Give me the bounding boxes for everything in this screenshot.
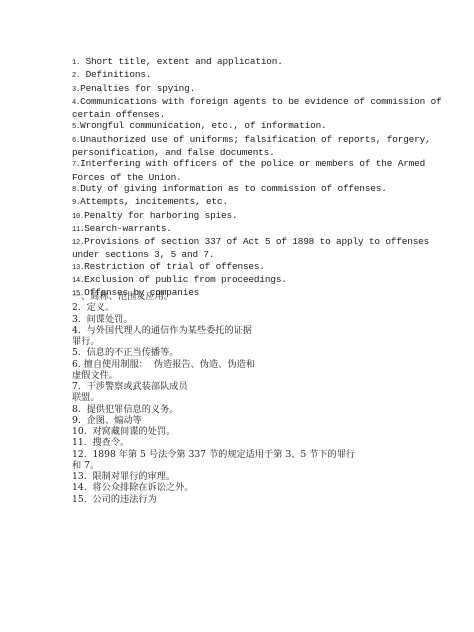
zh-line: 14. 将公众排除在诉讼之外。 [72, 482, 472, 493]
toc-item-3: 3.Penalties for spying. [72, 83, 472, 96]
zh-line: 一、简称、范围及应用。 [72, 291, 472, 302]
zh-line: 12. 1898 年第 5 号法令第 337 节的规定适用于第 3、5 节下的罪… [72, 449, 472, 460]
toc-item-6-cont: personification, and false documents. [72, 147, 472, 158]
zh-line: 和 7。 [72, 460, 472, 471]
toc-item-7-cont: Forces of the Union. [72, 172, 472, 183]
english-table-of-contents: 1. Short title, extent and application. … [72, 56, 472, 301]
zh-line: 4. 与外国代理人的通信作为某些委托的证据 [72, 325, 472, 336]
toc-item-6: 6.Unauthorized use of uniforms; falsific… [72, 134, 472, 147]
toc-item-11: 11.Search-warrants. [72, 223, 472, 236]
toc-item-12: 12.Provisions of section 337 of Act 5 of… [72, 236, 472, 249]
zh-line: 11. 搜查令。 [72, 437, 472, 448]
toc-item-4-cont: certain offenses. [72, 109, 472, 120]
zh-line: 6. 擅自使用制服： 伪造报告、伪造、伪造和 [72, 359, 472, 370]
toc-item-4: 4.Communications with foreign agents to … [72, 96, 472, 109]
zh-line: 5. 信息的不正当传播等。 [72, 347, 472, 358]
toc-item-12-cont: under sections 3, 5 and 7. [72, 249, 472, 260]
zh-line: 10. 对窝藏间谍的处罚。 [72, 426, 472, 437]
toc-item-5: 5.Wrongful communication, etc., of infor… [72, 120, 472, 133]
toc-item-2: 2. Definitions. [72, 69, 472, 82]
toc-item-13: 13.Restriction of trial of offenses. [72, 261, 472, 274]
zh-line: 3. 间谍处罚。 [72, 314, 472, 325]
toc-item-14: 14.Exclusion of public from proceedings. [72, 274, 472, 287]
chinese-table-of-contents: 一、简称、范围及应用。 2. 定义。 3. 间谍处罚。 4. 与外国代理人的通信… [72, 291, 472, 505]
zh-line: 联盟。 [72, 392, 472, 403]
zh-line: 8. 提供犯罪信息的义务。 [72, 404, 472, 415]
document-page: 1. Short title, extent and application. … [0, 0, 474, 632]
toc-item-9: 9.Attempts, incitements, etc. [72, 196, 472, 209]
toc-item-1: 1. Short title, extent and application. [72, 56, 472, 69]
zh-line: 2. 定义。 [72, 302, 472, 313]
zh-line: 13. 限制对罪行的审理。 [72, 471, 472, 482]
zh-line: 罪行。 [72, 336, 472, 347]
zh-line: 9. 企图、煽动等 [72, 415, 472, 426]
toc-item-7: 7.Interfering with officers of the polic… [72, 158, 472, 171]
zh-line: 7. 干涉警察或武装部队成员 [72, 381, 472, 392]
toc-item-10: 10.Penalty for harboring spies. [72, 210, 472, 223]
zh-line: 虚假文件。 [72, 370, 472, 381]
zh-line: 15. 公司的违法行为 [72, 494, 472, 505]
toc-item-8: 8.Duty of giving information as to commi… [72, 183, 472, 196]
